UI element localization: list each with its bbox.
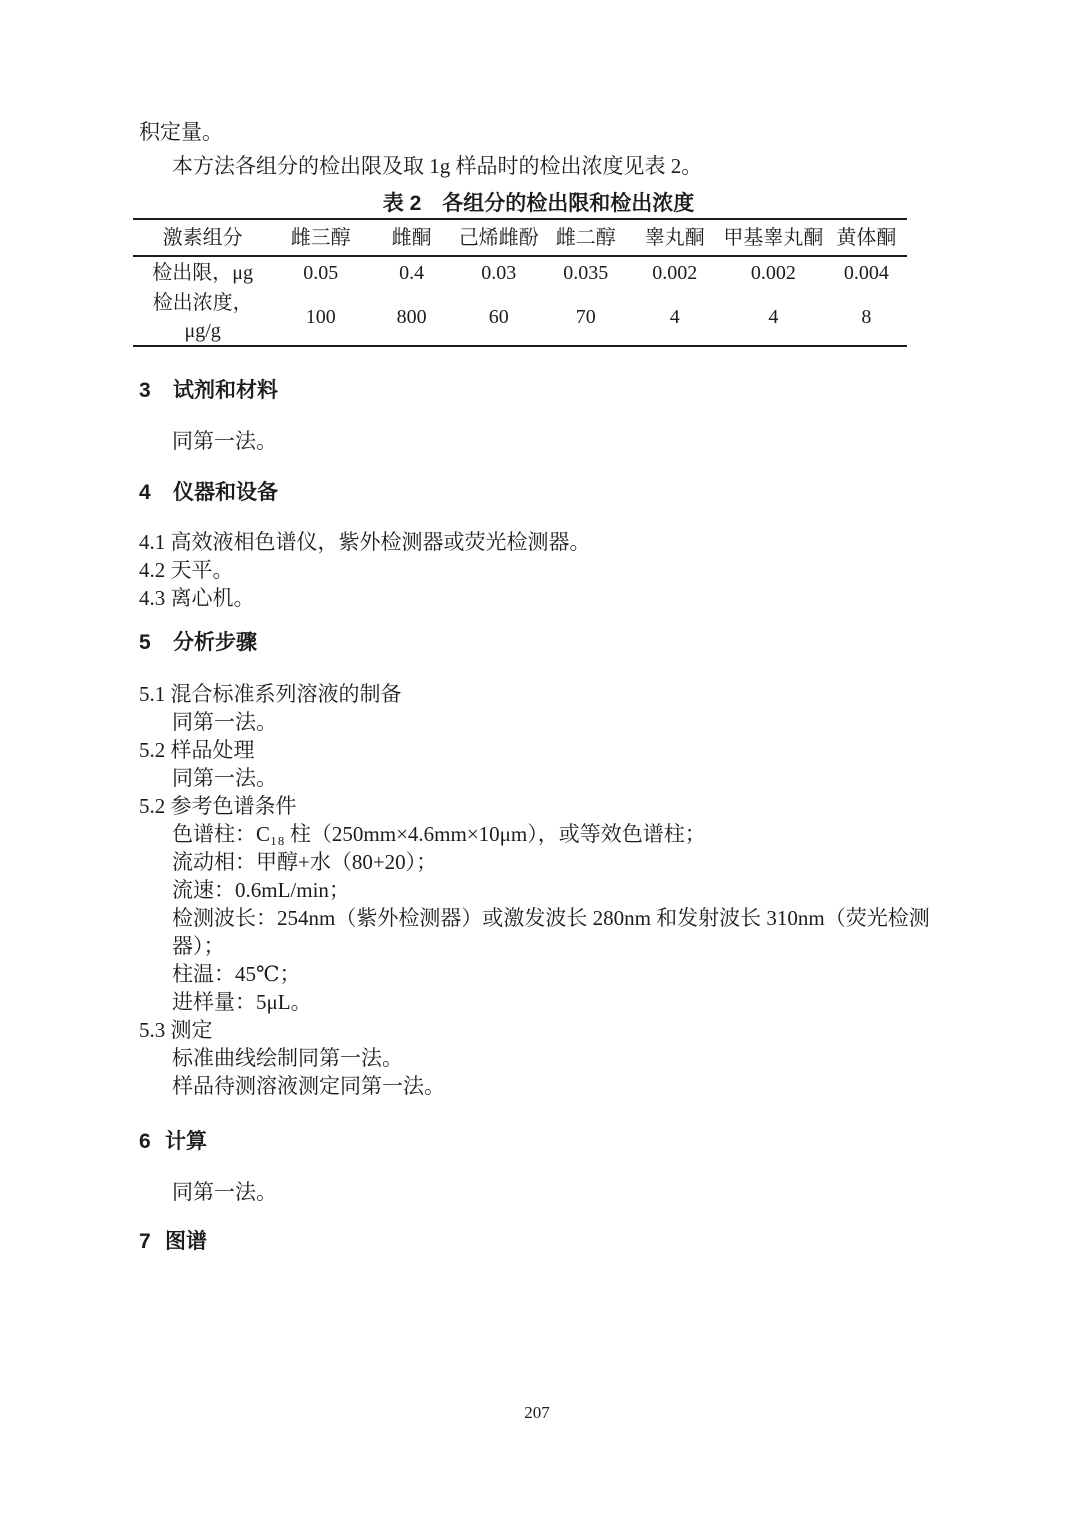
- section-5-line: 检测波长：254nm（紫外检测器）或激发波长 280nm 和发射波长 310nm…: [139, 904, 938, 960]
- section-3-body: 同第一法。: [139, 427, 938, 455]
- section-5-heading: 5分析步骤: [139, 629, 938, 657]
- table-header-cell: 激素组分: [133, 219, 272, 256]
- table-cell: 0.05: [272, 256, 369, 289]
- section-4-heading: 4仪器和设备: [139, 479, 938, 507]
- section-5-title: 分析步骤: [173, 631, 257, 654]
- table-header-cell: 甲基睾丸酮: [721, 219, 825, 256]
- table-row-label: 检出浓度，μg/g: [133, 289, 272, 346]
- table-header-cell: 雌二醇: [543, 219, 628, 256]
- table-header-row: 激素组分 雌三醇 雌酮 己烯雌酚 雌二醇 睾丸酮 甲基睾丸酮 黄体酮: [133, 219, 907, 256]
- table-cell: 800: [369, 289, 454, 346]
- section-5-line: 流动相：甲醇+水（80+20）；: [139, 848, 938, 876]
- section-6-number: 6: [139, 1128, 165, 1156]
- section-5-line: 柱温：45℃；: [139, 960, 938, 988]
- table-header-cell: 睾丸酮: [628, 219, 721, 256]
- section-5-line: 同第一法。: [139, 764, 938, 792]
- table-cell: 8: [826, 289, 907, 346]
- table-cell: 100: [272, 289, 369, 346]
- document-page: 积定量。 本方法各组分的检出限及取 1g 样品时的检出浓度见表 2。 表 2 各…: [0, 0, 1074, 1520]
- section-5-line: 同第一法。: [139, 708, 938, 736]
- table-header-cell: 黄体酮: [826, 219, 907, 256]
- intro-line-2: 本方法各组分的检出限及取 1g 样品时的检出浓度见表 2。: [139, 152, 938, 180]
- section-4-title: 仪器和设备: [173, 481, 278, 504]
- section-5-line: 进样量：5μL。: [139, 988, 938, 1016]
- table-cell: 0.002: [628, 256, 721, 289]
- section-4-item: 4.1 高效液相色谱仪，紫外检测器或荧光检测器。: [139, 528, 938, 556]
- table-row: 检出限，μg 0.05 0.4 0.03 0.035 0.002 0.002 0…: [133, 256, 907, 289]
- section-6-heading: 6计算: [139, 1128, 938, 1156]
- table-cell: 4: [628, 289, 721, 346]
- table-row: 检出浓度，μg/g 100 800 60 70 4 4 8: [133, 289, 907, 346]
- section-4-item: 4.3 离心机。: [139, 584, 938, 612]
- section-7-title: 图谱: [165, 1230, 207, 1253]
- intro-line-1: 积定量。: [139, 118, 938, 146]
- table-cell: 4: [721, 289, 825, 346]
- section-3-heading: 3试剂和材料: [139, 377, 938, 405]
- table-cell: 70: [543, 289, 628, 346]
- table-cell: 60: [454, 289, 543, 346]
- section-5-number: 5: [139, 629, 173, 657]
- section-5-line: 流速：0.6mL/min；: [139, 876, 938, 904]
- section-3-title: 试剂和材料: [173, 379, 278, 402]
- table-header-cell: 雌三醇: [272, 219, 369, 256]
- table-row-label: 检出限，μg: [133, 256, 272, 289]
- section-5-line: 5.2 样品处理: [139, 736, 938, 764]
- section-4-number: 4: [139, 479, 173, 507]
- section-5-line: 标准曲线绘制同第一法。: [139, 1044, 938, 1072]
- detection-limits-table: 激素组分 雌三醇 雌酮 己烯雌酚 雌二醇 睾丸酮 甲基睾丸酮 黄体酮 检出限，μ…: [133, 218, 907, 347]
- section-4-item: 4.2 天平。: [139, 556, 938, 584]
- table-cell: 0.4: [369, 256, 454, 289]
- table-header-cell: 雌酮: [369, 219, 454, 256]
- section-5-line: 样品待测溶液测定同第一法。: [139, 1072, 938, 1100]
- section-6-title: 计算: [165, 1130, 207, 1153]
- section-7-number: 7: [139, 1228, 165, 1256]
- section-5-line: 色谱柱：C₁₈ 柱（250mm×4.6mm×10μm），或等效色谱柱；: [139, 820, 938, 848]
- section-3-number: 3: [139, 377, 173, 405]
- section-5-line: 5.1 混合标准系列溶液的制备: [139, 680, 938, 708]
- section-5-line: 5.3 测定: [139, 1016, 938, 1044]
- page-number: 207: [0, 1402, 1074, 1424]
- table-cell: 0.03: [454, 256, 543, 289]
- section-6-body: 同第一法。: [139, 1178, 938, 1206]
- table-caption: 表 2 各组分的检出限和检出浓度: [139, 190, 938, 218]
- table-cell: 0.002: [721, 256, 825, 289]
- table-header-cell: 己烯雌酚: [454, 219, 543, 256]
- section-5-line: 5.2 参考色谱条件: [139, 792, 938, 820]
- table-cell: 0.004: [826, 256, 907, 289]
- table-cell: 0.035: [543, 256, 628, 289]
- section-7-heading: 7图谱: [139, 1228, 938, 1256]
